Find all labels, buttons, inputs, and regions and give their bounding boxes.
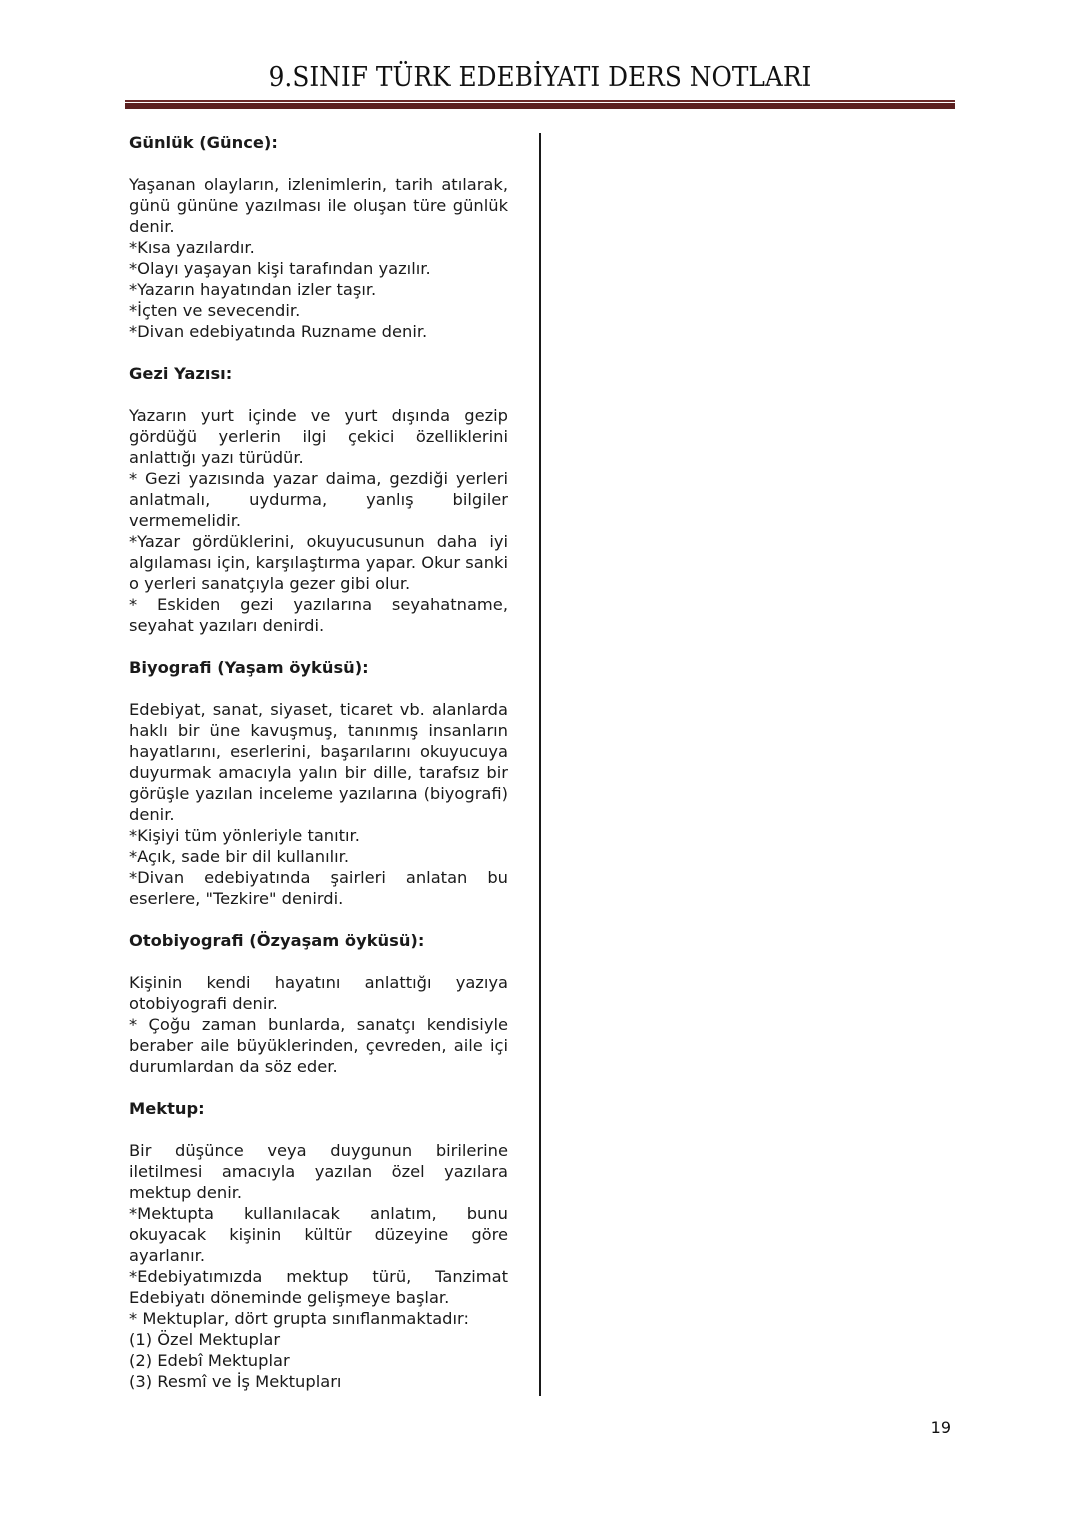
paragraph: *Yazarın hayatından izler taşır. <box>129 279 508 300</box>
section: Otobiyografi (Özyaşam öyküsü):Kişinin ke… <box>129 930 508 1098</box>
paragraph: Yazarın yurt içinde ve yurt dışında gezi… <box>129 405 508 468</box>
paragraph: (3) Resmî ve İş Mektupları <box>129 1371 508 1392</box>
section: Gezi Yazısı:Yazarın yurt içinde ve yurt … <box>129 363 508 657</box>
paragraph: Yaşanan olayların, izlenimlerin, tarih a… <box>129 174 508 237</box>
paragraph: *Kişiyi tüm yönleriyle tanıtır. <box>129 825 508 846</box>
spacer <box>129 1119 508 1140</box>
column-divider <box>539 133 541 1396</box>
section-title: Gezi Yazısı: <box>129 363 508 384</box>
paragraph: *Divan edebiyatında şairleri anlatan bu … <box>129 867 508 909</box>
paragraph: Bir düşünce veya duygunun birilerine ile… <box>129 1140 508 1203</box>
section: Biyografi (Yaşam öyküsü):Edebiyat, sanat… <box>129 657 508 930</box>
paragraph: (1) Özel Mektuplar <box>129 1329 508 1350</box>
spacer <box>129 384 508 405</box>
spacer <box>129 909 508 930</box>
paragraph: *İçten ve sevecendir. <box>129 300 508 321</box>
spacer <box>129 1077 508 1098</box>
paragraph: *Edebiyatımızda mektup türü, Tanzimat Ed… <box>129 1266 508 1308</box>
paragraph: * Çoğu zaman bunlarda, sanatçı kendisiyl… <box>129 1014 508 1077</box>
spacer <box>129 951 508 972</box>
spacer <box>129 678 508 699</box>
section-title: Otobiyografi (Özyaşam öyküsü): <box>129 930 508 951</box>
header-rule-thick <box>125 103 955 109</box>
paragraph: Kişinin kendi hayatını anlattığı yazıya … <box>129 972 508 1014</box>
paragraph: *Olayı yaşayan kişi tarafından yazılır. <box>129 258 508 279</box>
spacer <box>129 153 508 174</box>
paragraph: * Eskiden gezi yazılarına seyahatname, s… <box>129 594 508 636</box>
paragraph: *Yazar gördüklerini, okuyucusunun daha i… <box>129 531 508 594</box>
paragraph: * Gezi yazısında yazar daima, gezdiği ye… <box>129 468 508 531</box>
section-title: Biyografi (Yaşam öyküsü): <box>129 657 508 678</box>
spacer <box>129 636 508 657</box>
section-title: Günlük (Günce): <box>129 132 508 153</box>
section: Mektup:Bir düşünce veya duygunun biriler… <box>129 1098 508 1392</box>
paragraph: *Divan edebiyatında Ruzname denir. <box>129 321 508 342</box>
page-header-title: 9.SINIF TÜRK EDEBİYATI DERS NOTLARI <box>158 62 922 93</box>
paragraph: (2) Edebî Mektuplar <box>129 1350 508 1371</box>
left-column: Günlük (Günce):Yaşanan olayların, izleni… <box>129 132 508 1392</box>
section-title: Mektup: <box>129 1098 508 1119</box>
header-rule-thin <box>125 100 955 102</box>
section: Günlük (Günce):Yaşanan olayların, izleni… <box>129 132 508 363</box>
paragraph: *Mektupta kullanılacak anlatım, bunu oku… <box>129 1203 508 1266</box>
paragraph: *Kısa yazılardır. <box>129 237 508 258</box>
page-number: 19 <box>905 1418 951 1437</box>
paragraph: Edebiyat, sanat, siyaset, ticaret vb. al… <box>129 699 508 825</box>
spacer <box>129 342 508 363</box>
paragraph: * Mektuplar, dört grupta sınıflanmaktadı… <box>129 1308 508 1329</box>
paragraph: *Açık, sade bir dil kullanılır. <box>129 846 508 867</box>
